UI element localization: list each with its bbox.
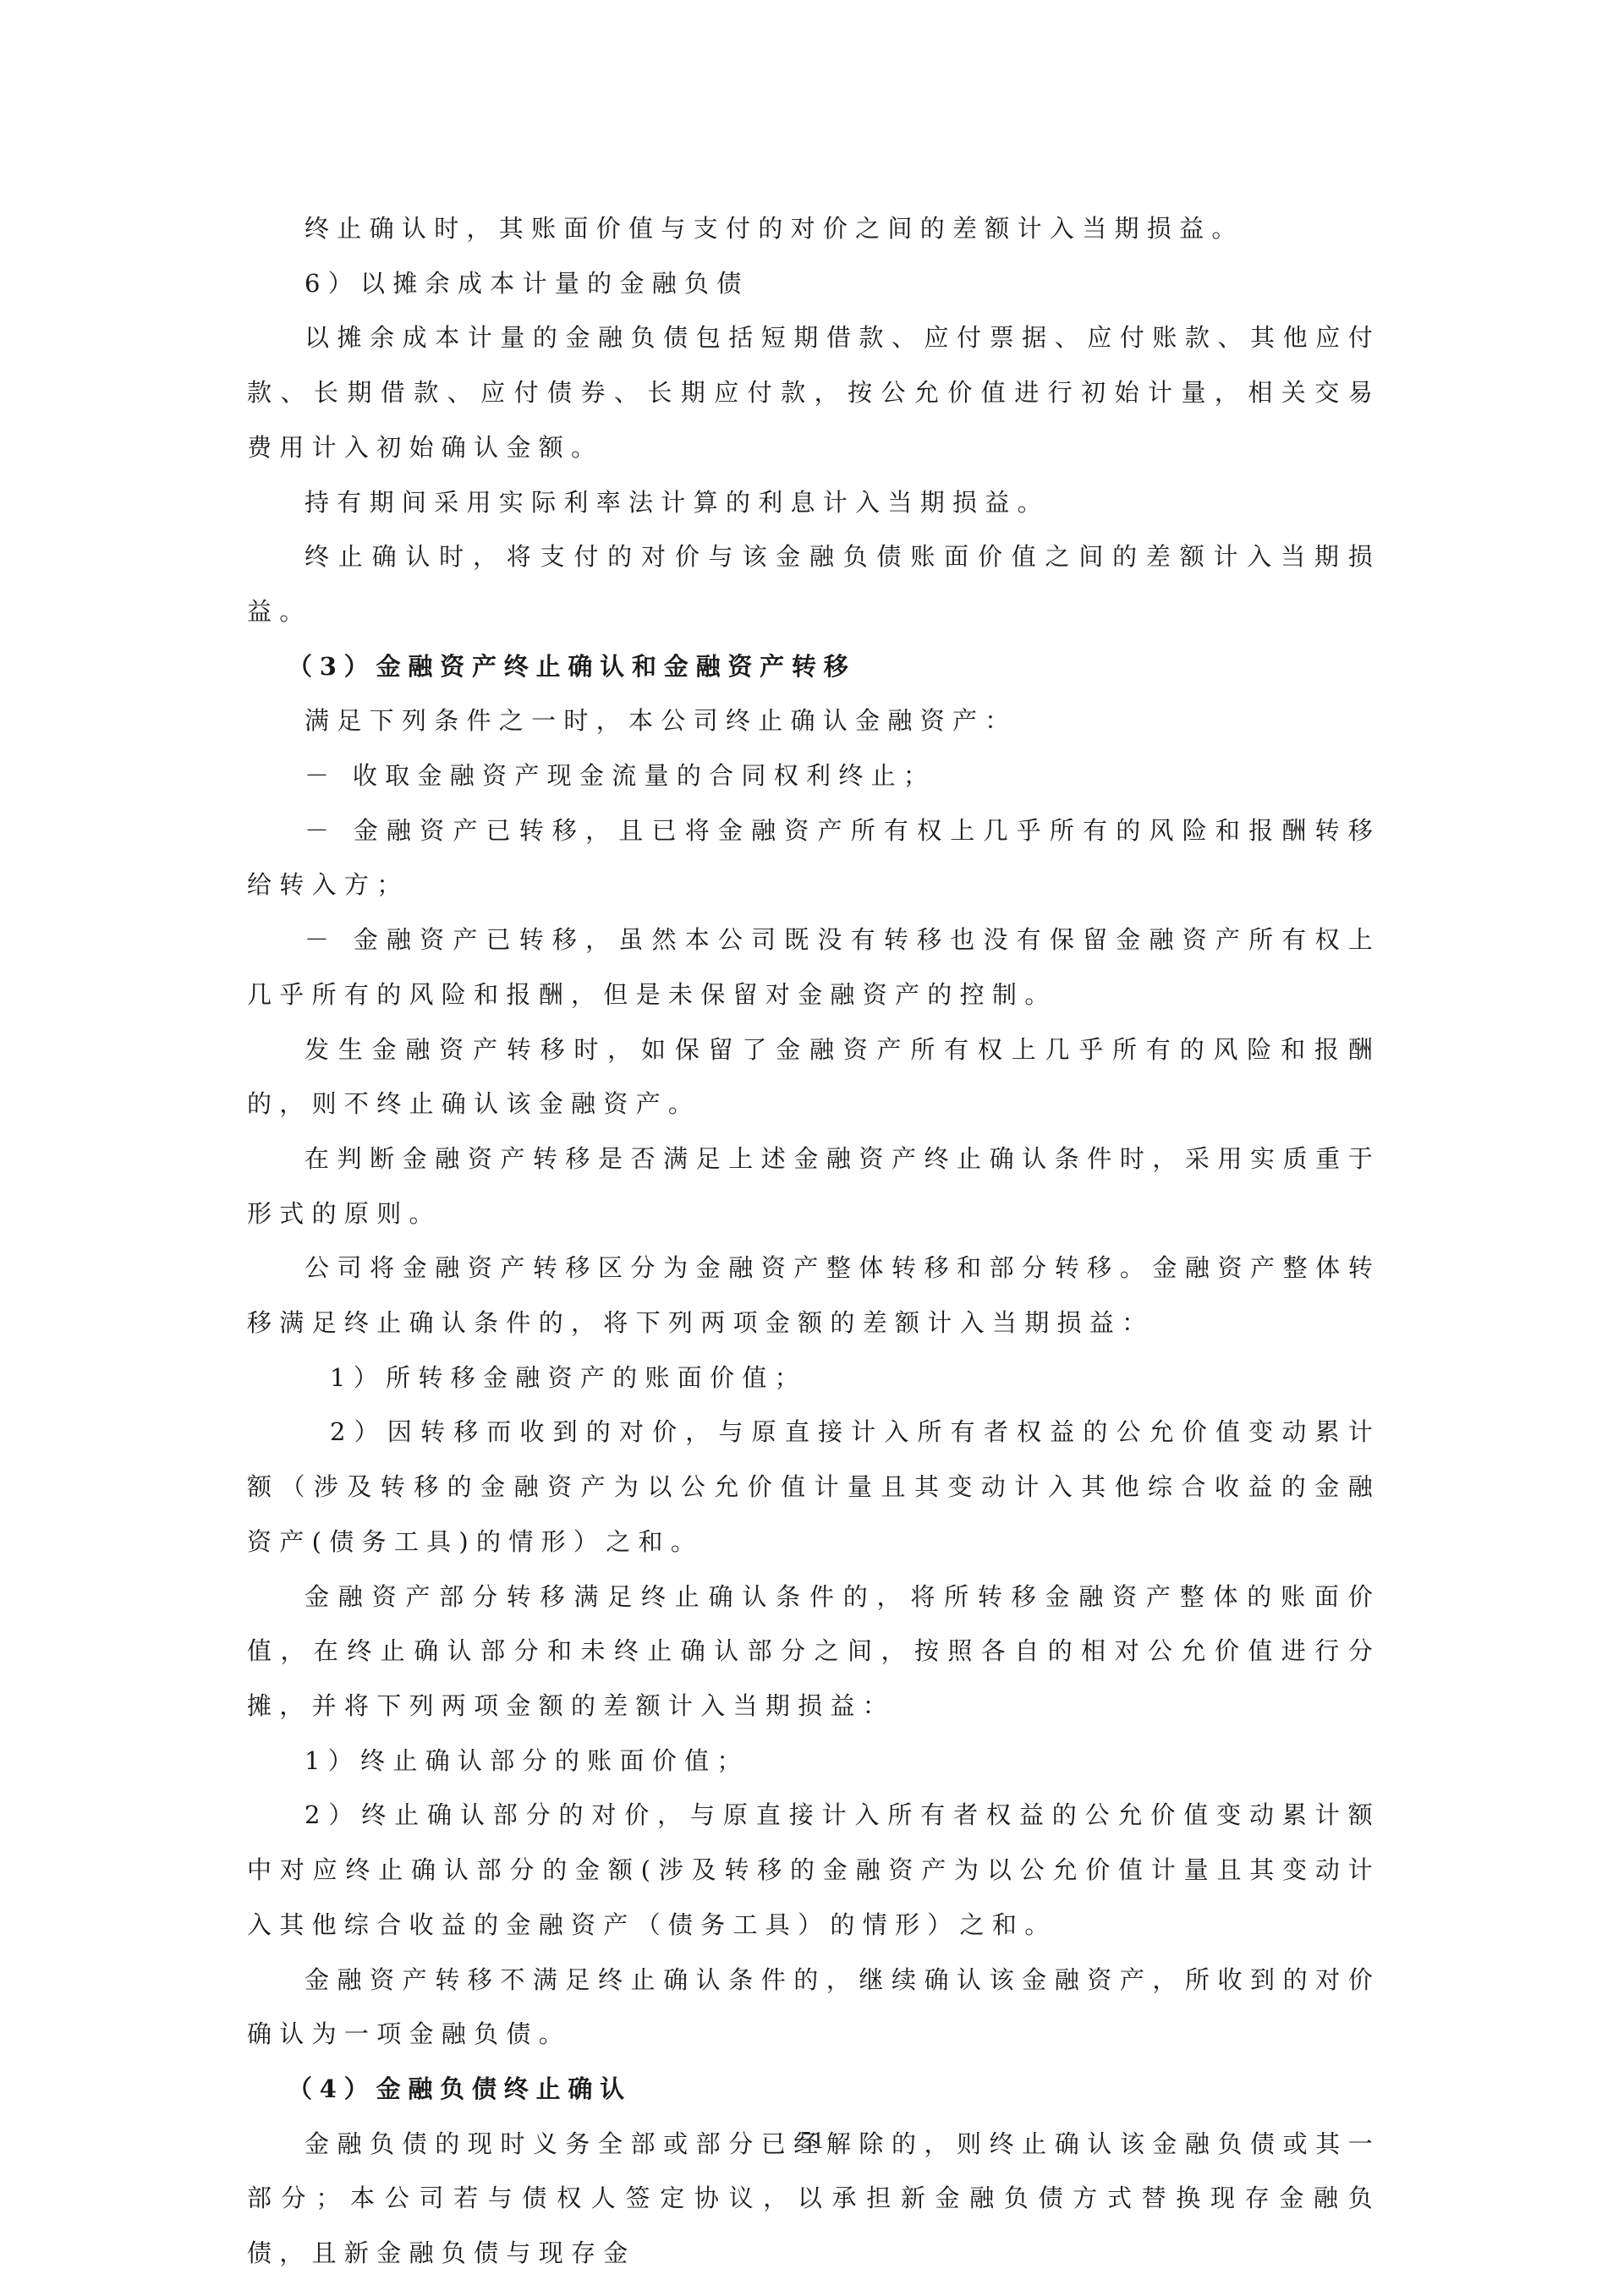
list-item-condition-1: － 收取金融资产现金流量的合同权利终止； — [247, 748, 1380, 803]
subheading-amortized-cost-liabilities: 6）以摊余成本计量的金融负债 — [247, 256, 1380, 311]
paragraph-derecognition-asset-gain: 终止确认时，其账面价值与支付的对价之间的差额计入当期损益。 — [247, 201, 1380, 256]
document-body: 终止确认时，其账面价值与支付的对价之间的差额计入当期损益。 6）以摊余成本计量的… — [247, 201, 1380, 2281]
list-item-partial-transfer-1: 1）终止确认部分的账面价值； — [247, 1734, 1380, 1789]
paragraph-conditions-intro: 满足下列条件之一时，本公司终止确认金融资产： — [247, 693, 1380, 748]
section-heading-4: （4）金融负债终止确认 — [247, 2062, 1380, 2117]
list-item-condition-2: － 金融资产已转移，且已将金融资产所有权上几乎所有的风险和报酬转移给转入方； — [247, 803, 1380, 912]
list-item-whole-transfer-1: 1）所转移金融资产的账面价值； — [247, 1351, 1380, 1406]
paragraph-retained-risk: 发生金融资产转移时，如保留了金融资产所有权上几乎所有的风险和报酬的，则不终止确认… — [247, 1022, 1380, 1132]
paragraph-transfer-not-derecognized: 金融资产转移不满足终止确认条件的，继续确认该金融资产，所收到的对价确认为一项金融… — [247, 1953, 1380, 2062]
paragraph-liability-derecognition-gain: 终止确认时，将支付的对价与该金融负债账面价值之间的差额计入当期损益。 — [247, 529, 1380, 638]
paragraph-substance-over-form: 在判断金融资产转移是否满足上述金融资产终止确认条件时，采用实质重于形式的原则。 — [247, 1132, 1380, 1241]
paragraph-holding-period-interest: 持有期间采用实际利率法计算的利息计入当期损益。 — [247, 475, 1380, 530]
paragraph-amortized-cost-liabilities: 以摊余成本计量的金融负债包括短期借款、应付票据、应付账款、其他应付款、长期借款、… — [247, 310, 1380, 474]
list-item-partial-transfer-2: 2）终止确认部分的对价，与原直接计入所有者权益的公允价值变动累计额中对应终止确认… — [247, 1788, 1380, 1952]
section-heading-3: （3）金融资产终止确认和金融资产转移 — [247, 639, 1380, 694]
page-number: 51 — [0, 2128, 1624, 2155]
paragraph-whole-transfer: 公司将金融资产转移区分为金融资产整体转移和部分转移。金融资产整体转移满足终止确认… — [247, 1241, 1380, 1350]
list-item-condition-3: － 金融资产已转移，虽然本公司既没有转移也没有保留金融资产所有权上几乎所有的风险… — [247, 912, 1380, 1022]
list-item-whole-transfer-2: 2）因转移而收到的对价，与原直接计入所有者权益的公允价值变动累计额（涉及转移的金… — [247, 1405, 1380, 1569]
paragraph-partial-transfer: 金融资产部分转移满足终止确认条件的，将所转移金融资产整体的账面价值，在终止确认部… — [247, 1570, 1380, 1734]
